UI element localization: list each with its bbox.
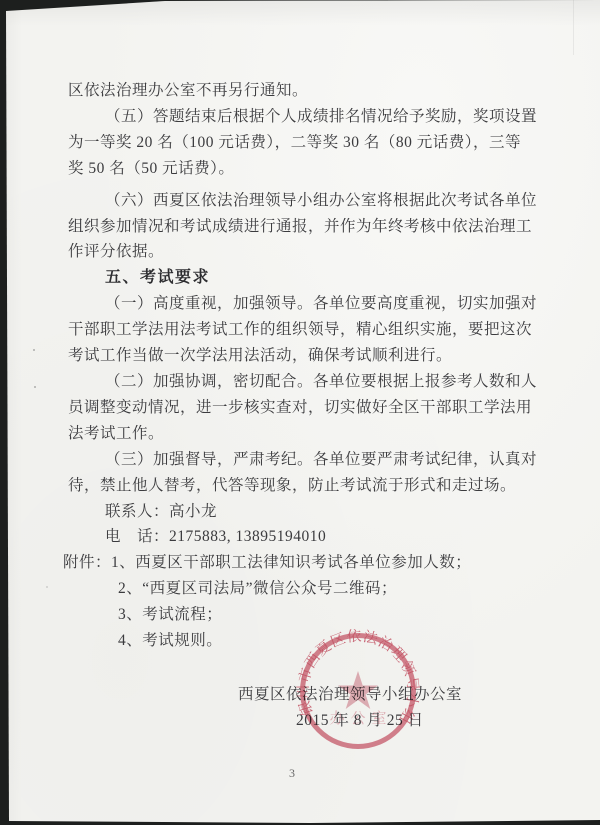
page-number: 3 <box>289 766 295 781</box>
section-heading: 五、考试要求 <box>68 265 534 291</box>
seal-bottom-text: 办公室 <box>329 710 392 727</box>
body-line: 区依法治理办公室不再另行通知。 <box>68 78 534 104</box>
body-line: 组织参加情况和考试成绩进行通报，并作为年终考核中依法治理工 <box>68 214 534 240</box>
body-line: 为一等奖 20 名（100 元话费），二等奖 30 名（80 元话费），三等 <box>68 130 534 156</box>
body-line: （六）西夏区依法治理领导小组办公室将根据此次考试各单位 <box>68 188 534 214</box>
attachments-line: 附件：1、西夏区干部职工法律知识考试各单位参加人数； <box>63 550 534 576</box>
body-line: （三）加强督导，严肃考纪。各单位要严肃考试纪律，认真对 <box>68 447 534 473</box>
body-line: 法考试工作。 <box>68 421 534 447</box>
body-line: （一）高度重视，加强领导。各单位要高度重视，切实加强对 <box>68 291 534 317</box>
seal-star-icon <box>338 671 378 709</box>
body-line: （二）加强协调，密切配合。各单位要根据上报参考人数和人 <box>68 369 534 395</box>
contact-phone-line: 电 话：2175883, 13895194010 <box>68 524 534 550</box>
body-line: 员调整变动情况，进一步核实查对，切实做好全区干部职工学法用 <box>68 395 534 421</box>
body-line: 考试工作当做一次学法用法活动，确保考试顺利进行。 <box>68 343 534 369</box>
contact-person-line: 联系人：高小龙 <box>68 499 534 525</box>
body-line: 干部职工学法用法考试工作的组织领导，精心组织实施，要把这次 <box>68 317 534 343</box>
body-line: 奖 50 名（50 元话费）。 <box>68 156 534 182</box>
scan-speck <box>46 586 48 588</box>
scan-speck <box>34 386 36 388</box>
scanned-document-page: { "body_lines": [ { "text": "区依法治理办公室不再另… <box>0 0 600 825</box>
attachment-item: 2、“西夏区司法局”微信公众号二维码； <box>68 576 534 602</box>
paper-crease <box>573 0 574 55</box>
scan-speck <box>33 349 35 351</box>
document-body: 区依法治理办公室不再另行通知。 （五）答题结束后根据个人成绩排名情况给予奖励，奖… <box>68 78 534 654</box>
body-line: （五）答题结束后根据个人成绩排名情况给予奖励，奖项设置 <box>68 104 534 130</box>
body-line: 待，禁止他人替考，代答等现象，防止考试流于形式和走过场。 <box>68 473 534 499</box>
official-seal: 银川市西夏区依法治理领导小组 办公室 <box>296 629 420 753</box>
body-line: 作评分依据。 <box>68 239 534 265</box>
attachment-item: 3、考试流程； <box>68 602 534 628</box>
